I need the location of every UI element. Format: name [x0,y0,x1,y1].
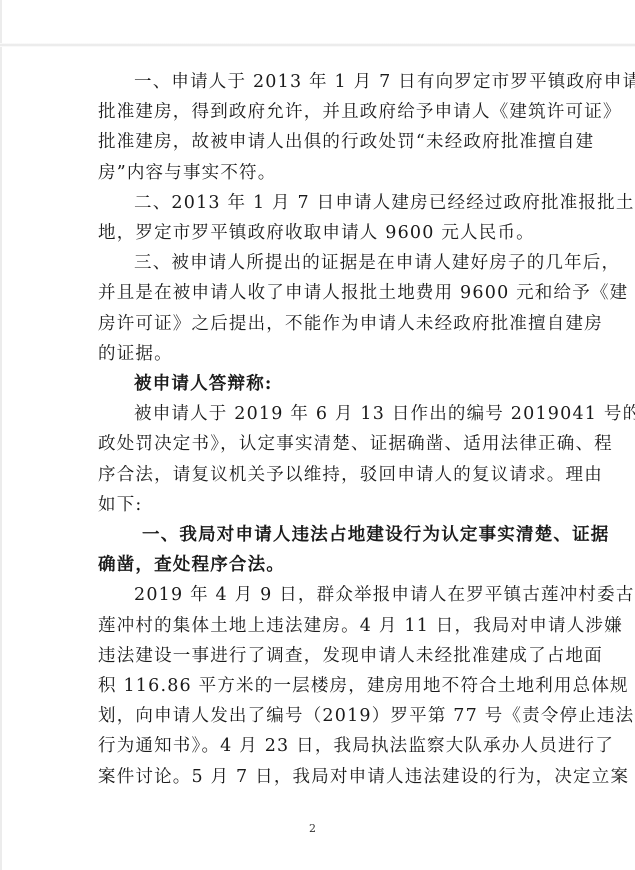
text-line: 莲冲村的集体土地上违法建房。4 月 11 日，我局对申请人涉嫌 [62,611,578,641]
text-line: 一、申请人于 2013 年 1 月 7 日有向罗定市罗平镇政府申请 [98,67,578,97]
text-line: 三、被申请人所提出的证据是在申请人建好房子的几年后， [98,248,578,278]
text-line: 确凿，查处程序合法。 [54,550,578,580]
text-line: 行为通知书》。4 月 23 日，我局执法监察大队承办人员进行了 [62,731,578,761]
section-heading: 被申请人答辩称: [98,369,578,399]
document-page: 一、申请人于 2013 年 1 月 7 日有向罗定市罗平镇政府申请 批准建房，得… [98,67,578,792]
text-line: 被申请人于 2019 年 6 月 13 日作出的编号 2019041 号的《行 [98,399,578,429]
text-line: 一、我局对申请人违法占地建设行为认定事实清楚、证据 [98,520,578,550]
scan-left-edge [0,0,2,870]
respondent-heading: 被申请人答辩称: [98,369,578,399]
respondent-point-1-body: 2019 年 4 月 9 日，群众举报申请人在罗平镇古莲冲村委古 莲冲村的集体土… [98,580,578,791]
text-line: 积 116.86 平方米的一层楼房，建房用地不符合土地利用总体规 [62,671,578,701]
scan-artifact-line [0,43,635,47]
text-line: 并且是在被申请人收了申请人报批土地费用 9600 元和给予《建 [62,278,578,308]
text-line: 政处罚决定书》，认定事实清楚、证据确凿、适用法律正确、程 [62,429,578,459]
applicant-point-2: 二、2013 年 1 月 7 日申请人建房已经经过政府批准报批土 地，罗定市罗平… [98,188,578,248]
respondent-intro: 被申请人于 2019 年 6 月 13 日作出的编号 2019041 号的《行 … [98,399,578,520]
applicant-point-1: 一、申请人于 2013 年 1 月 7 日有向罗定市罗平镇政府申请 批准建房，得… [98,67,578,188]
text-line: 的证据。 [62,339,578,369]
text-line: 如下: [62,490,578,520]
text-line: 违法建设一事进行了调查，发现申请人未经批准建成了占地面 [62,641,578,671]
text-line: 批准建房，故被申请人出俱的行政处罚“未经政府批准擅自建 [62,127,578,157]
applicant-point-3: 三、被申请人所提出的证据是在申请人建好房子的几年后， 并且是在被申请人收了申请人… [98,248,578,369]
text-line: 房许可证》之后提出，不能作为申请人未经政府批准擅自建房 [62,309,578,339]
text-line: 2019 年 4 月 9 日，群众举报申请人在罗平镇古莲冲村委古 [98,580,578,610]
text-line: 批准建房，得到政府允许，并且政府给予申请人《建筑许可证》 [62,97,578,127]
text-line: 案件讨论。5 月 7 日，我局对申请人违法建设的行为，决定立案 [62,762,578,792]
text-line: 序合法，请复议机关予以维持，驳回申请人的复议请求。理由 [62,460,578,490]
text-line: 划，向申请人发出了编号（2019）罗平第 77 号《责令停止违法 [62,701,578,731]
page-number: 2 [309,822,316,835]
text-line: 地，罗定市罗平镇政府收取申请人 9600 元人民币。 [62,218,578,248]
text-line: 房”内容与事实不符。 [62,158,578,188]
text-line: 二、2013 年 1 月 7 日申请人建房已经经过政府批准报批土 [98,188,578,218]
respondent-point-1-heading: 一、我局对申请人违法占地建设行为认定事实清楚、证据 确凿，查处程序合法。 [98,520,578,580]
